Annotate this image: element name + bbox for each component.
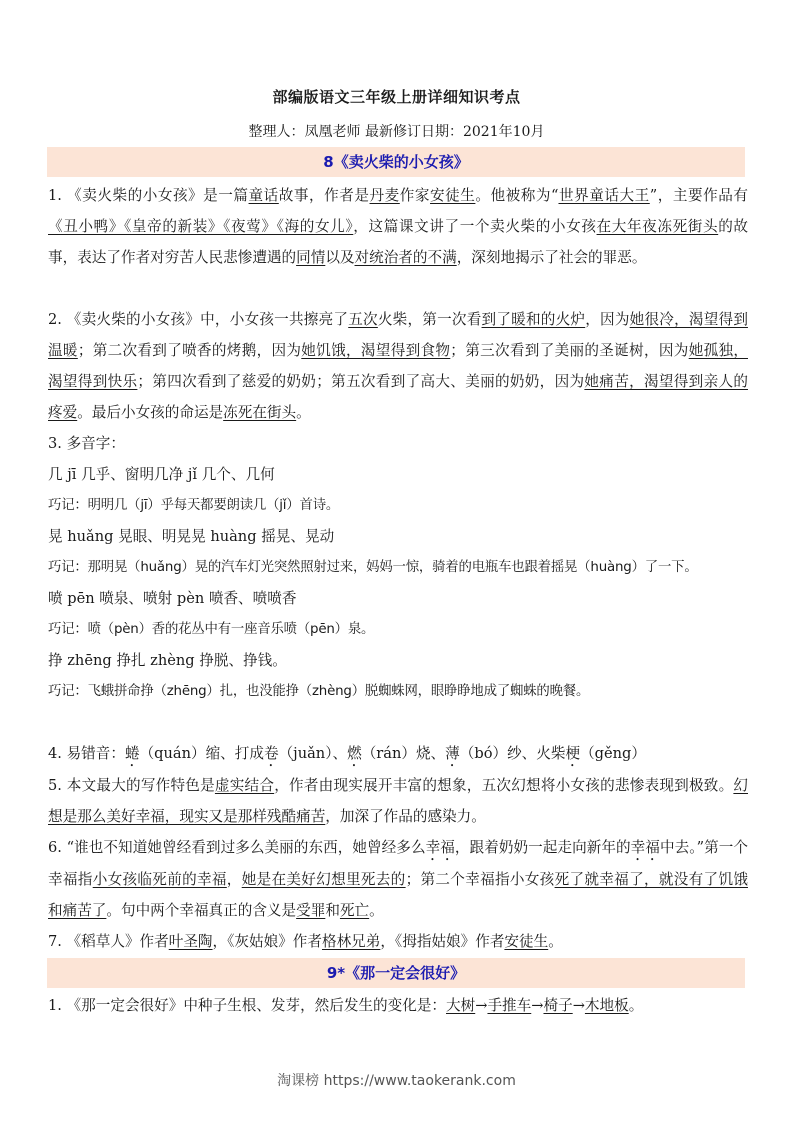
key-term: 对统治者的不满	[355, 249, 457, 266]
key-term: 童话	[249, 187, 279, 204]
footer-watermark: 淘课榜 https://www.taokerank.com	[0, 1070, 793, 1090]
emphasis-word: 幸福	[426, 839, 455, 856]
key-term: 世界童话大王	[558, 187, 649, 204]
text: 。	[629, 997, 644, 1014]
emphasis-char: 梗	[565, 745, 580, 762]
mnemonic-ji: 巧记：明明几（jī）乎每天都要朗读几（jǐ）首诗。	[48, 490, 748, 521]
key-term: 同情	[296, 249, 325, 266]
text: 。	[296, 404, 311, 421]
section-heading-9: 9*《那一定会很好》	[47, 958, 745, 988]
polyphone-ji: 几 jī 几乎、窗明几净 jǐ 几个、几何	[48, 459, 748, 490]
key-term: 五次	[348, 311, 378, 328]
key-term: 木地板	[585, 997, 629, 1014]
text: ；第二次看到了喷香的烤鹅，因为	[78, 342, 301, 359]
key-term: 小女孩临死前的幸福	[93, 871, 227, 888]
text: ，跟着奶奶一起走向新年的	[455, 839, 631, 856]
text: 。	[548, 933, 563, 950]
item-8-3-polyphones: 3. 多音字： 几 jī 几乎、窗明几净 jǐ 几个、几何 巧记：明明几（jī）…	[48, 428, 748, 707]
item-8-7: 7. 《稻草人》作者叶圣陶，《灰姑娘》作者格林兄弟，《拇指姑娘》作者安徒生。	[48, 926, 748, 957]
text: （rán）烧、	[362, 745, 445, 762]
text: 。句中两个幸福真正的含义是	[106, 902, 296, 919]
polyphone-pen: 喷 pēn 喷泉、喷射 pèn 喷香、喷喷香	[48, 583, 748, 614]
key-term: 丹麦	[370, 187, 400, 204]
key-term: 受罪	[296, 902, 325, 919]
polyphone-heading: 3. 多音字：	[48, 428, 748, 459]
key-term: 安徒生	[504, 933, 548, 950]
text: （juǎn）、	[279, 745, 348, 762]
item-8-1: 1. 《卖火柴的小女孩》是一篇童话故事，作者是丹麦作家安徒生。他被称为“世界童话…	[48, 180, 748, 273]
text: 。他被称为“	[475, 187, 558, 204]
emphasis-char: 蜷	[125, 745, 140, 762]
text: （gěng）	[580, 745, 646, 762]
key-term: 在大年夜冻死街头	[597, 218, 719, 235]
item-8-4-tricky-pronunciation: 4. 易错音：蜷（quán）缩、打成卷（juǎn）、燃（rán）烧、薄（bó）纱…	[48, 738, 748, 770]
key-term: 安徒生	[430, 187, 475, 204]
mnemonic-huang: 巧记：那明晃（huǎng）晃的汽车灯光突然照射过来，妈妈一惊，骑着的电瓶车也跟着…	[48, 552, 748, 583]
text: 1. 《卖火柴的小女孩》是一篇	[48, 187, 249, 204]
text: 火柴，第一次看	[378, 311, 482, 328]
emphasis-char: 卷	[264, 745, 279, 762]
arrow-icon: →	[531, 997, 543, 1014]
text: 。最后小女孩的命运是	[77, 404, 223, 421]
text: ，加深了作品的感染力。	[325, 808, 486, 825]
key-term: 椅子	[543, 997, 572, 1014]
key-term: 到了暖和的火炉	[482, 311, 586, 328]
text: 和	[325, 902, 340, 919]
text: ，深刻地揭示了社会的罪恶。	[457, 249, 647, 266]
document-title: 部编版语文三年级上册详细知识考点	[0, 86, 793, 107]
text: ”，主要作品有	[650, 187, 748, 204]
item-8-6: 6. “谁也不知道她曾经看到过多么美丽的东西，她曾经多么幸福，跟着奶奶一起走向新…	[48, 832, 748, 926]
text: ，因为	[585, 311, 629, 328]
text: ，作者由现实展开丰富的想象，五次幻想将小女孩的悲惨表现到极致。	[274, 777, 733, 794]
key-term: 叶圣陶	[169, 933, 213, 950]
key-term: 手推车	[487, 997, 531, 1014]
section-heading-8: 8《卖火柴的小女孩》	[47, 147, 745, 177]
document-page: 部编版语文三年级上册详细知识考点 整理人：凤凰老师 最新修订日期：2021年10…	[0, 0, 793, 1122]
polyphone-huang: 晃 huǎng 晃眼、明晃晃 huàng 摇晃、晃动	[48, 521, 748, 552]
item-9-1: 1. 《那一定会很好》中种子生根、发芽，然后发生的变化是：大树→手推车→椅子→木…	[48, 990, 748, 1021]
key-term: 死亡	[340, 902, 369, 919]
arrow-icon: →	[475, 997, 487, 1014]
text: ；第四次看到了慈爱的奶奶；第五次看到了高大、美丽的奶奶，因为	[137, 373, 584, 390]
key-term: 虚实结合	[215, 777, 274, 794]
text: ，	[227, 871, 242, 888]
document-subtitle: 整理人：凤凰老师 最新修订日期：2021年10月	[0, 121, 793, 141]
key-term: 《丑小鸭》《皇帝的新装》《夜莺》《海的女儿》	[48, 218, 353, 235]
emphasis-char: 薄	[445, 745, 460, 762]
emphasis-word: 幸福	[631, 839, 660, 856]
text: （quán）缩、打成	[140, 745, 264, 762]
text: 故事，作者是	[279, 187, 370, 204]
item-8-5: 5. 本文最大的写作特色是虚实结合，作者由现实展开丰富的想象，五次幻想将小女孩的…	[48, 770, 748, 832]
text: （bó）纱、火柴	[460, 745, 566, 762]
key-term: 她是在美好幻想里死去的	[242, 871, 406, 888]
text: 。	[369, 902, 384, 919]
text: ；第三次看到了美丽的圣诞树，因为	[450, 342, 688, 359]
text: ；第二个幸福指小女孩	[406, 871, 555, 888]
mnemonic-zheng: 巧记：飞蛾拼命挣（zhēng）扎，也没能挣（zhèng）脱蜘蛛网，眼睁睁地成了蜘…	[48, 676, 748, 707]
text: 2. 《卖火柴的小女孩》中，小女孩一共擦亮了	[48, 311, 348, 328]
text: 4. 易错音：	[48, 745, 125, 762]
text: ，这篇课文讲了一个卖火柴的小女孩	[353, 218, 596, 235]
text: 7. 《稻草人》作者	[48, 933, 169, 950]
text: ，《拇指姑娘》作者	[380, 933, 504, 950]
text: 作家	[400, 187, 430, 204]
text: 以及	[325, 249, 354, 266]
key-term: 大树	[446, 997, 475, 1014]
arrow-icon: →	[573, 997, 585, 1014]
text: 1. 《那一定会很好》中种子生根、发芽，然后发生的变化是：	[48, 997, 446, 1014]
text: ，《灰姑娘》作者	[213, 933, 322, 950]
key-term: 冻死在街头	[223, 404, 296, 421]
polyphone-zheng: 挣 zhēng 挣扎 zhèng 挣脱、挣钱。	[48, 645, 748, 676]
text: 5. 本文最大的写作特色是	[48, 777, 215, 794]
mnemonic-pen: 巧记：喷（pèn）香的花丛中有一座音乐喷（pēn）泉。	[48, 614, 748, 645]
text: 6. “谁也不知道她曾经看到过多么美丽的东西，她曾经多么	[48, 839, 426, 856]
item-8-2: 2. 《卖火柴的小女孩》中，小女孩一共擦亮了五次火柴，第一次看到了暖和的火炉，因…	[48, 304, 748, 428]
key-term: 她饥饿，渴望得到食物	[301, 342, 450, 359]
emphasis-char: 燃	[347, 745, 362, 762]
key-term: 格林兄弟	[322, 933, 380, 950]
